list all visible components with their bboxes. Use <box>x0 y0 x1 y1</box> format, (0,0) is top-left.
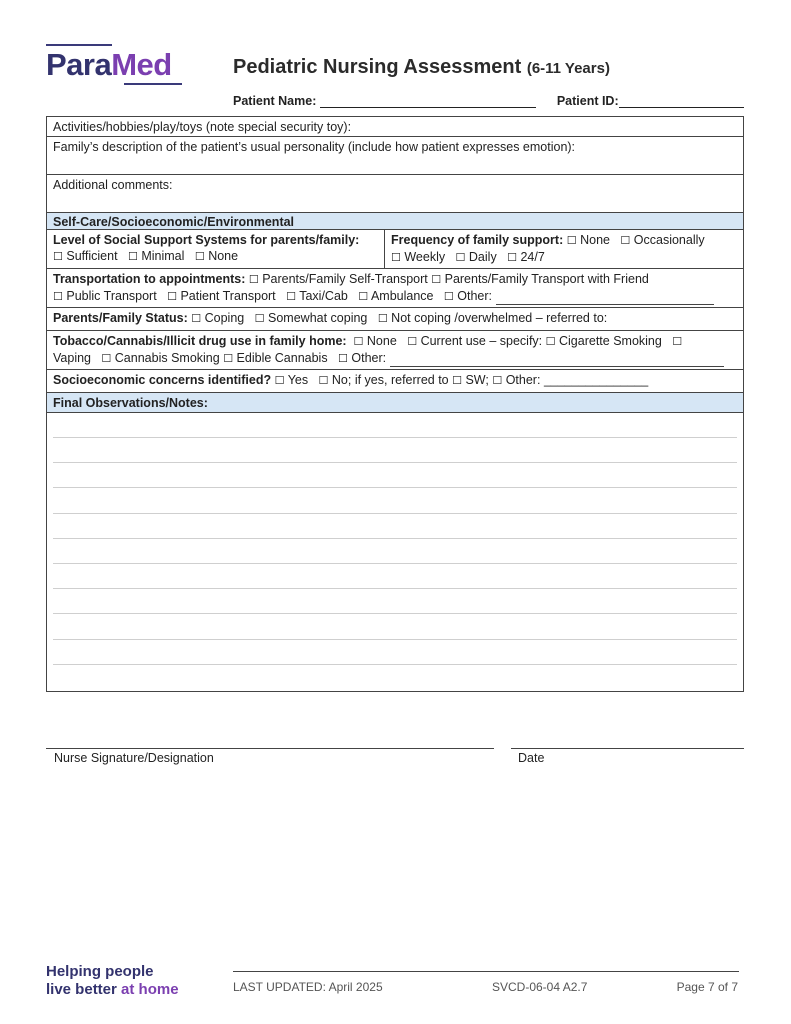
activities-row[interactable]: Activities/hobbies/play/toys (note speci… <box>47 117 743 137</box>
checkbox-icon: ☐ <box>255 312 265 325</box>
notes-line <box>53 538 737 539</box>
logo-med: Med <box>111 47 172 82</box>
checkbox-somewhat-coping[interactable]: ☐ Somewhat coping <box>255 311 368 325</box>
drug-use-row: Tobacco/Cannabis/Illicit drug use in fam… <box>47 331 743 370</box>
checkbox-sw[interactable]: ☐ SW; <box>452 373 489 387</box>
option-label: None <box>208 249 238 263</box>
checkbox-vaping[interactable]: ☐ <box>672 335 682 348</box>
nurse-signature-label: Nurse Signature/Designation <box>54 751 214 765</box>
section-title-selfcare: Self-Care/Socioeconomic/Environmental <box>53 215 294 229</box>
checkbox-icon: ☐ <box>407 335 417 348</box>
transportation-label: Transportation to appointments: <box>53 272 245 286</box>
checkbox-minimal[interactable]: ☐ Minimal <box>128 249 184 263</box>
checkbox-none[interactable]: ☐ None <box>195 249 238 263</box>
logo-para: Para <box>46 47 111 82</box>
assessment-form: Activities/hobbies/play/toys (note speci… <box>46 116 744 692</box>
vaping-label: Vaping <box>53 351 91 365</box>
option-label: Daily <box>469 250 497 264</box>
personality-label: Family’s description of the patient’s us… <box>53 140 575 154</box>
title-main: Pediatric Nursing Assessment <box>233 56 521 78</box>
option-label: SW; <box>465 373 488 387</box>
checkbox-icon: ☐ <box>378 312 388 325</box>
checkbox-current-use[interactable]: ☐ Current use – specify: <box>407 334 542 348</box>
logo-wordmark: ParaMed <box>46 48 172 82</box>
checkbox-icon: ☐ <box>567 234 577 247</box>
tagline-line1: Helping people <box>46 963 179 981</box>
support-row: Level of Social Support Systems for pare… <box>47 230 743 269</box>
socio-other-field[interactable]: _______________ <box>544 373 648 387</box>
checkbox-not-coping[interactable]: ☐ Not coping /overwhelmed – referred to: <box>378 311 607 325</box>
checkbox-weekly[interactable]: ☐ Weekly <box>391 250 445 264</box>
checkbox-icon: ☐ <box>391 251 401 264</box>
notes-line <box>53 613 737 614</box>
activities-label: Activities/hobbies/play/toys (note speci… <box>53 120 351 134</box>
option-label: Sufficient <box>66 249 117 263</box>
notes-line <box>53 513 737 514</box>
tagline-prefix: live better <box>46 981 121 998</box>
option-label: Coping <box>205 311 245 325</box>
checkbox-icon: ☐ <box>195 250 205 263</box>
transportation-row: Transportation to appointments: ☐ Parent… <box>47 269 743 308</box>
option-label: Weekly <box>404 250 445 264</box>
tagline-line2: live better at home <box>46 981 179 999</box>
checkbox-icon: ☐ <box>191 312 201 325</box>
paramed-logo: ParaMed <box>46 44 178 86</box>
section-header-notes: Final Observations/Notes: <box>47 393 743 413</box>
option-label: Ambulance <box>371 289 434 303</box>
option-label: Occasionally <box>634 233 705 247</box>
option-label: Public Transport <box>66 289 156 303</box>
checkbox-icon: ☐ <box>223 352 233 365</box>
checkbox-yes[interactable]: ☐ Yes <box>275 373 309 387</box>
option-label: Cigarette Smoking <box>559 334 662 348</box>
option-label: 24/7 <box>520 250 544 264</box>
patient-id-label: Patient ID: <box>557 94 619 108</box>
option-label: Yes <box>288 373 308 387</box>
frequency-support-label: Frequency of family support: <box>391 233 563 247</box>
notes-area[interactable] <box>47 413 743 691</box>
checkbox-icon: ☐ <box>546 335 556 348</box>
section-title-notes: Final Observations/Notes: <box>53 396 208 410</box>
personality-row[interactable]: Family’s description of the patient’s us… <box>47 137 743 175</box>
checkbox-taxi[interactable]: ☐ Taxi/Cab <box>286 289 348 303</box>
brand-tagline: Helping people live better at home <box>46 963 179 999</box>
page-title: Pediatric Nursing Assessment (6-11 Years… <box>233 56 610 79</box>
checkbox-icon: ☐ <box>444 290 454 303</box>
notes-line <box>53 437 737 438</box>
patient-name-field[interactable] <box>320 95 536 108</box>
option-label: Taxi/Cab <box>299 289 348 303</box>
transport-other-field[interactable] <box>496 292 714 305</box>
checkbox-patient-transport[interactable]: ☐ Patient Transport <box>167 289 276 303</box>
checkbox-icon: ☐ <box>101 352 111 365</box>
option-label: Not coping /overwhelmed – referred to: <box>391 311 607 325</box>
checkbox-daily[interactable]: ☐ Daily <box>456 250 497 264</box>
checkbox-cigarette[interactable]: ☐ Cigarette Smoking <box>546 334 662 348</box>
logo-bar-top <box>46 44 112 46</box>
checkbox-ambulance[interactable]: ☐ Ambulance <box>358 289 433 303</box>
family-status-row: Parents/Family Status: ☐ Coping ☐ Somewh… <box>47 308 743 331</box>
option-label: Cannabis Smoking <box>115 351 220 365</box>
checkbox-freq-none[interactable]: ☐ None <box>567 233 610 247</box>
checkbox-icon: ☐ <box>53 250 63 263</box>
checkbox-icon: ☐ <box>167 290 177 303</box>
frequency-support-cell: Frequency of family support: ☐ None ☐ Oc… <box>385 230 743 268</box>
drug-use-label: Tobacco/Cannabis/Illicit drug use in fam… <box>53 334 347 348</box>
notes-line <box>53 664 737 665</box>
checkbox-no[interactable]: ☐ No; if yes, referred to <box>319 373 449 387</box>
patient-info-row: Patient Name: Patient ID: <box>233 94 744 108</box>
option-label: Minimal <box>141 249 184 263</box>
checkbox-icon: ☐ <box>452 374 462 387</box>
option-label: Edible Cannabis <box>237 351 328 365</box>
section-header-selfcare: Self-Care/Socioeconomic/Environmental <box>47 213 743 230</box>
checkbox-transport-friend[interactable]: ☐ Parents/Family Transport with Friend <box>431 272 649 286</box>
document-code: SVCD-06-04 A2.7 <box>492 980 587 994</box>
notes-line <box>53 639 737 640</box>
checkbox-coping[interactable]: ☐ Coping <box>191 311 244 325</box>
notes-line <box>53 563 737 564</box>
tagline-accent: at home <box>121 981 179 998</box>
checkbox-icon: ☐ <box>431 273 441 286</box>
checkbox-icon: ☐ <box>620 234 630 247</box>
comments-row[interactable]: Additional comments: <box>47 175 743 213</box>
patient-id-field[interactable] <box>619 95 744 108</box>
checkbox-icon: ☐ <box>358 290 368 303</box>
checkbox-icon: ☐ <box>286 290 296 303</box>
socioeconomic-row: Socioeconomic concerns identified? ☐ Yes… <box>47 370 743 393</box>
checkbox-sufficient[interactable]: ☐ Sufficient <box>53 249 118 263</box>
patient-name-label: Patient Name: <box>233 94 316 108</box>
checkbox-icon: ☐ <box>128 250 138 263</box>
checkbox-occasionally[interactable]: ☐ Occasionally <box>620 233 704 247</box>
social-support-label: Level of Social Support Systems for pare… <box>53 232 378 248</box>
page-number: Page 7 of 7 <box>677 980 738 994</box>
checkbox-icon: ☐ <box>456 251 466 264</box>
option-label: Parents/Family Transport with Friend <box>445 272 649 286</box>
option-label: Other: <box>351 351 386 365</box>
checkbox-transport-other[interactable]: ☐ Other: <box>444 289 492 303</box>
checkbox-icon: ☐ <box>275 374 285 387</box>
option-label: None <box>367 334 397 348</box>
checkbox-drug-none[interactable]: ☐ None <box>354 334 397 348</box>
checkbox-self-transport[interactable]: ☐ Parents/Family Self-Transport <box>249 272 428 286</box>
notes-line <box>53 487 737 488</box>
option-label: Current use – specify: <box>421 334 543 348</box>
logo-bar-bottom <box>124 83 182 85</box>
socioeconomic-label: Socioeconomic concerns identified? <box>53 373 271 387</box>
notes-line <box>53 462 737 463</box>
option-label: Other: <box>506 373 541 387</box>
footer-rule <box>233 971 739 972</box>
checkbox-24-7[interactable]: ☐ 24/7 <box>507 250 545 264</box>
family-status-label: Parents/Family Status: <box>53 311 188 325</box>
last-updated: LAST UPDATED: April 2025 <box>233 980 383 994</box>
date-label: Date <box>518 751 544 765</box>
checkbox-icon: ☐ <box>492 374 502 387</box>
comments-label: Additional comments: <box>53 178 173 192</box>
checkbox-icon: ☐ <box>354 335 364 348</box>
title-age-range: (6-11 Years) <box>527 60 610 77</box>
date-line[interactable] <box>511 748 744 749</box>
option-label: Other: <box>457 289 492 303</box>
option-label: No; if yes, referred to <box>332 373 449 387</box>
option-label: Parents/Family Self-Transport <box>262 272 428 286</box>
signature-line[interactable] <box>46 748 494 749</box>
checkbox-public-transport[interactable]: ☐ Public Transport <box>53 289 157 303</box>
checkbox-icon: ☐ <box>507 251 517 264</box>
notes-line <box>53 588 737 589</box>
checkbox-icon: ☐ <box>338 352 348 365</box>
checkbox-edible-cannabis[interactable]: ☐ Edible Cannabis <box>223 351 327 365</box>
checkbox-socio-other[interactable]: ☐ Other: <box>492 373 540 387</box>
social-support-cell: Level of Social Support Systems for pare… <box>47 230 385 268</box>
checkbox-icon: ☐ <box>319 374 329 387</box>
option-label: Somewhat coping <box>268 311 367 325</box>
checkbox-drug-other[interactable]: ☐ Other: <box>338 351 386 365</box>
option-label: Patient Transport <box>180 289 275 303</box>
checkbox-cannabis-smoking[interactable]: ☐ Cannabis Smoking <box>101 351 219 365</box>
option-label: None <box>580 233 610 247</box>
checkbox-icon: ☐ <box>249 273 259 286</box>
checkbox-icon: ☐ <box>53 290 63 303</box>
drug-other-field[interactable] <box>390 354 724 367</box>
